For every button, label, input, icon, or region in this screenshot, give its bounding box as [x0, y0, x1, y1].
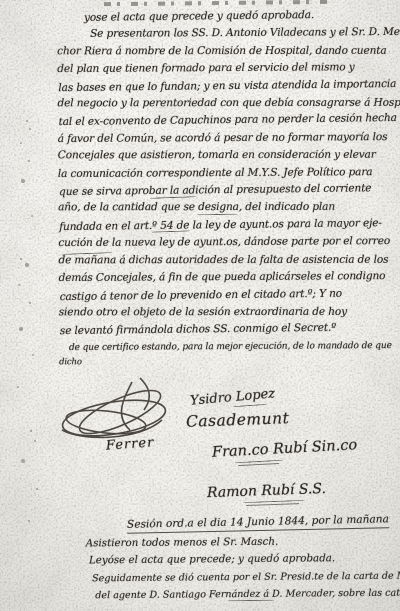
certification-line: de que certifico estando, para la mejor … — [69, 338, 400, 357]
body-text: yose el acta que precede y quedó aprobad… — [57, 7, 400, 369]
marginal-word: dicho — [59, 356, 400, 369]
signature-rubric-line — [243, 500, 305, 503]
manuscript-line: chor Riera á nombre de la Comisión de Ho… — [57, 43, 399, 61]
manuscript-line: Se presentaron los SS. D. Antonio Vilade… — [90, 24, 399, 43]
manuscript-page: yose el acta que precede y quedó aprobad… — [0, 0, 400, 611]
manuscript-line: año, de la cantidad que se designa, del … — [58, 199, 400, 217]
scan-speckles — [20, 258, 22, 260]
manuscript-line: castigo á tenor de lo prevenido en el ci… — [60, 284, 400, 306]
next-session-text: Asistieron todos menos el Sr. Masch. Ley… — [86, 533, 397, 605]
manuscript-line: á favor del Común, se acordó á pesar de … — [58, 129, 400, 148]
signature-ramon-rubi: Ramon Rubí S.S. — [207, 481, 326, 501]
cropped-previous-line — [104, 0, 330, 6]
session-heading: Sesión ord.a el dia 14 Junio 1844, por l… — [127, 513, 389, 533]
signature-francisco-rubi: Fran.co Rubí Sin.co — [212, 437, 358, 461]
manuscript-line: cución de la nueva ley de ayunt.os, dánd… — [58, 233, 400, 252]
footer-line: del agente D. Santiago Fernández á D. Me… — [95, 585, 396, 605]
scan-speckles — [30, 430, 32, 432]
scan-speckles — [26, 120, 28, 122]
manuscript-line: Concejales que asistieron, tomarla en co… — [58, 147, 400, 165]
signature-ysidro-lopez: Ysidro Lopez — [190, 386, 276, 408]
signature-rubric-line — [235, 460, 283, 464]
signature-casademunt: Casademunt — [186, 409, 290, 431]
manuscript-line: de mañana á dichas autoridades de la fal… — [58, 251, 400, 269]
